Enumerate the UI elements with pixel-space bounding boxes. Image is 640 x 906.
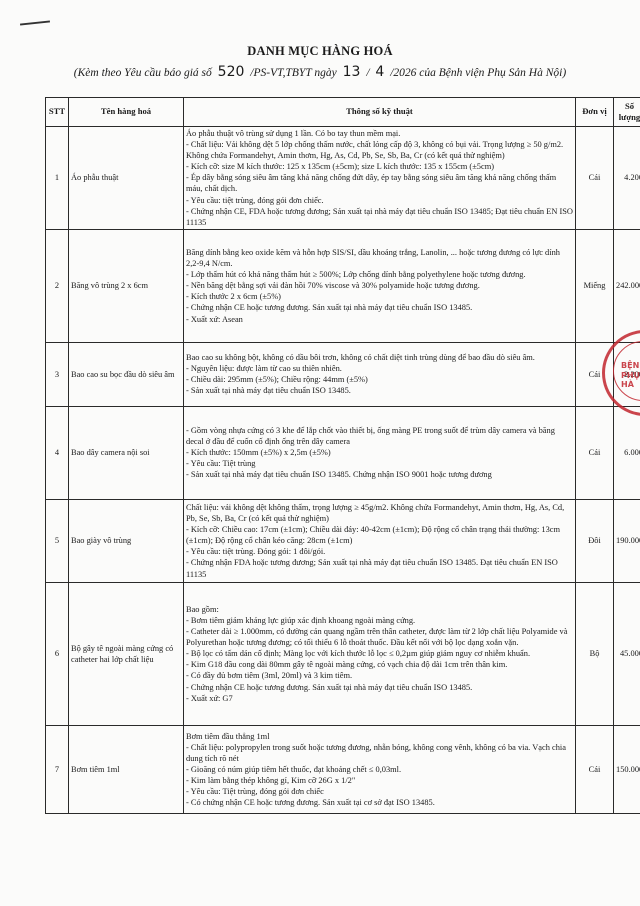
spec-line: - Nền băng dệt bằng sợi vải đàn hồi 70% … (186, 280, 573, 291)
row-unit: Cái (576, 725, 614, 813)
row-stt: 7 (46, 725, 69, 813)
spec-line: Bơm tiêm đầu thẳng 1ml (186, 731, 573, 742)
row-stt: 3 (46, 342, 69, 406)
row-name: Băng vô trùng 2 x 6cm (69, 229, 184, 342)
spec-line: - Lớp thấm hút có khả năng thấm hút ≥ 50… (186, 269, 573, 280)
row-unit: Đôi (576, 499, 614, 582)
row-unit: Cái (576, 127, 614, 230)
row-qty: 4.200 (614, 127, 640, 230)
spec-line: - Kim làm bằng thép không gỉ, Kim cỡ 26G… (186, 775, 573, 786)
spec-line: - Sản xuất tại nhà máy đạt tiêu chuẩn IS… (186, 469, 573, 480)
spec-line: - Chất liệu: polypropylen trong suốt hoặ… (186, 742, 573, 764)
row-spec: Bao gồm:- Bơm tiêm giảm kháng lực giúp x… (184, 582, 576, 725)
spec-line: Chất liệu: vải không dệt không thấm, trọ… (186, 502, 573, 524)
header-qty: Số lượng (614, 98, 640, 127)
request-month: 4 (375, 64, 384, 80)
row-stt: 6 (46, 582, 69, 725)
row-unit: Miếng (576, 229, 614, 342)
spec-line: - Gioăng có núm giúp tiêm hết thuốc, đạt… (186, 764, 573, 775)
subtitle-suffix: /2026 của Bệnh viện Phụ Sản Hà Nội) (390, 67, 566, 79)
table-row: 3Bao cao su bọc đầu dò siêu âmBao cao su… (46, 342, 640, 406)
spec-line: - Chứng nhận CE, FDA hoặc tương đương; S… (186, 206, 573, 228)
subtitle-mid: /PS-VT,TBYT ngày (250, 67, 336, 79)
spec-line: - Chất liệu: Vải không dệt 5 lớp chống t… (186, 139, 573, 161)
spec-line: Áo phẫu thuật vô trùng sử dụng 1 lần. Có… (186, 128, 573, 139)
row-spec: Bơm tiêm đầu thẳng 1ml- Chất liệu: polyp… (184, 725, 576, 813)
spec-line: - Xuất xứ: Asean (186, 314, 573, 325)
spec-line: - Catheter dài ≥ 1.000mm, có đường cản q… (186, 626, 573, 648)
table-row: 2Băng vô trùng 2 x 6cmBăng dính bằng keo… (46, 229, 640, 342)
row-spec: Bao cao su không bột, không có dầu bôi t… (184, 342, 576, 406)
spec-line: - Ép dây bằng sóng siêu âm tăng khả năng… (186, 172, 573, 194)
row-unit: Bộ (576, 582, 614, 725)
table-header-row: STT Tên hàng hoá Thông số kỹ thuật Đơn v… (46, 98, 640, 127)
row-spec: Băng dính bằng keo oxide kẽm và hỗn hợp … (184, 229, 576, 342)
row-spec: Chất liệu: vải không dệt không thấm, trọ… (184, 499, 576, 582)
spec-line: - Bộ lọc có tấm dán cố định; Màng lọc vớ… (186, 648, 573, 659)
row-name: Bơm tiêm 1ml (69, 725, 184, 813)
spec-line: - Chứng nhận CE hoặc tương đương. Sản xu… (186, 302, 573, 313)
row-name: Bộ gây tê ngoài màng cứng có catheter ha… (69, 582, 184, 725)
spec-line: - Chứng nhận CE hoặc tương đương. Sản xu… (186, 682, 573, 693)
spec-line: - Có chứng nhận CE hoặc tương đương. Sản… (186, 797, 573, 808)
spec-line: - Kích cỡ: size M kích thước: 125 x 135c… (186, 161, 573, 172)
row-qty: 242.000 (614, 229, 640, 342)
spec-line: - Yêu cầu: Tiệt trùng, đóng gói đơn chiế… (186, 786, 573, 797)
spec-line: Bao gồm: (186, 604, 573, 615)
goods-table: STT Tên hàng hoá Thông số kỹ thuật Đơn v… (45, 97, 640, 814)
table-row: 5Bao giày vô trùngChất liệu: vải không d… (46, 499, 640, 582)
pen-mark (20, 20, 50, 25)
spec-line: - Kích thước: 150mm (±5%) x 2,5m (±5%) (186, 447, 573, 458)
row-stt: 4 (46, 406, 69, 499)
spec-line: - Yêu cầu: tiệt trùng. Đóng gói: 1 đôi/g… (186, 546, 573, 557)
spec-line: - Xuất xứ: G7 (186, 693, 573, 704)
row-qty: 45.000 (614, 582, 640, 725)
row-qty: 190.000 (614, 499, 640, 582)
document-subtitle: (Kèm theo Yêu cầu báo giá số 520 /PS-VT,… (0, 64, 640, 80)
header-name: Tên hàng hoá (69, 98, 184, 127)
spec-line: Băng dính bằng keo oxide kẽm và hỗn hợp … (186, 247, 573, 269)
row-qty: 150.000 (614, 725, 640, 813)
table-row: 1Áo phẫu thuậtÁo phẫu thuật vô trùng sử … (46, 127, 640, 230)
header-unit: Đơn vị (576, 98, 614, 127)
spec-line: - Yêu cầu: Tiệt trùng (186, 458, 573, 469)
row-unit: Cái (576, 406, 614, 499)
row-spec: Áo phẫu thuật vô trùng sử dụng 1 lần. Có… (184, 127, 576, 230)
spec-line: - Bơm tiêm giảm kháng lực giúp xác định … (186, 615, 573, 626)
spec-line: - Kim G18 đầu cong dài 80mm gây tê ngoài… (186, 659, 573, 670)
row-spec: - Gồm vòng nhựa cứng có 3 khe để lắp chố… (184, 406, 576, 499)
table-row: 6Bộ gây tê ngoài màng cứng có catheter h… (46, 582, 640, 725)
request-number: 520 (218, 64, 245, 80)
row-stt: 1 (46, 127, 69, 230)
subtitle-prefix: (Kèm theo Yêu cầu báo giá số (74, 67, 212, 79)
spec-line: - Gồm vòng nhựa cứng có 3 khe để lắp chố… (186, 425, 573, 447)
spec-line: - Yêu cầu: tiệt trùng, đóng gói đơn chiế… (186, 195, 573, 206)
table-row: 4Bao dây camera nội soi- Gồm vòng nhựa c… (46, 406, 640, 499)
table-row: 7Bơm tiêm 1mlBơm tiêm đầu thẳng 1ml- Chấ… (46, 725, 640, 813)
row-name: Bao dây camera nội soi (69, 406, 184, 499)
spec-line: - Sản xuất tại nhà máy đạt tiêu chuẩn IS… (186, 385, 573, 396)
row-qty: 6.000 (614, 406, 640, 499)
spec-line: - Nguyên liệu: được làm từ cao su thiên … (186, 363, 573, 374)
spec-line: - Chiều dài: 295mm (±5%); Chiều rộng: 44… (186, 374, 573, 385)
spec-line: - Kích cỡ: Chiều cao: 17cm (±1cm); Chiều… (186, 524, 573, 546)
spec-line: - Kích thước 2 x 6cm (±5%) (186, 291, 573, 302)
row-stt: 5 (46, 499, 69, 582)
document-title: DANH MỤC HÀNG HOÁ (0, 44, 640, 59)
date-separator: / (366, 67, 369, 79)
spec-line: Bao cao su không bột, không có dầu bôi t… (186, 352, 573, 363)
header-stt: STT (46, 98, 69, 127)
spec-line: - Có đầy đủ bơm tiêm (3ml, 20ml) và 3 ki… (186, 670, 573, 681)
row-name: Bao cao su bọc đầu dò siêu âm (69, 342, 184, 406)
header-spec: Thông số kỹ thuật (184, 98, 576, 127)
row-name: Áo phẫu thuật (69, 127, 184, 230)
stamp-text: BỆNHPHỤHÀ (621, 361, 640, 390)
spec-line: - Chứng nhận FDA hoặc tương đương; Sản x… (186, 557, 573, 579)
request-day: 13 (343, 64, 361, 80)
row-stt: 2 (46, 229, 69, 342)
row-name: Bao giày vô trùng (69, 499, 184, 582)
